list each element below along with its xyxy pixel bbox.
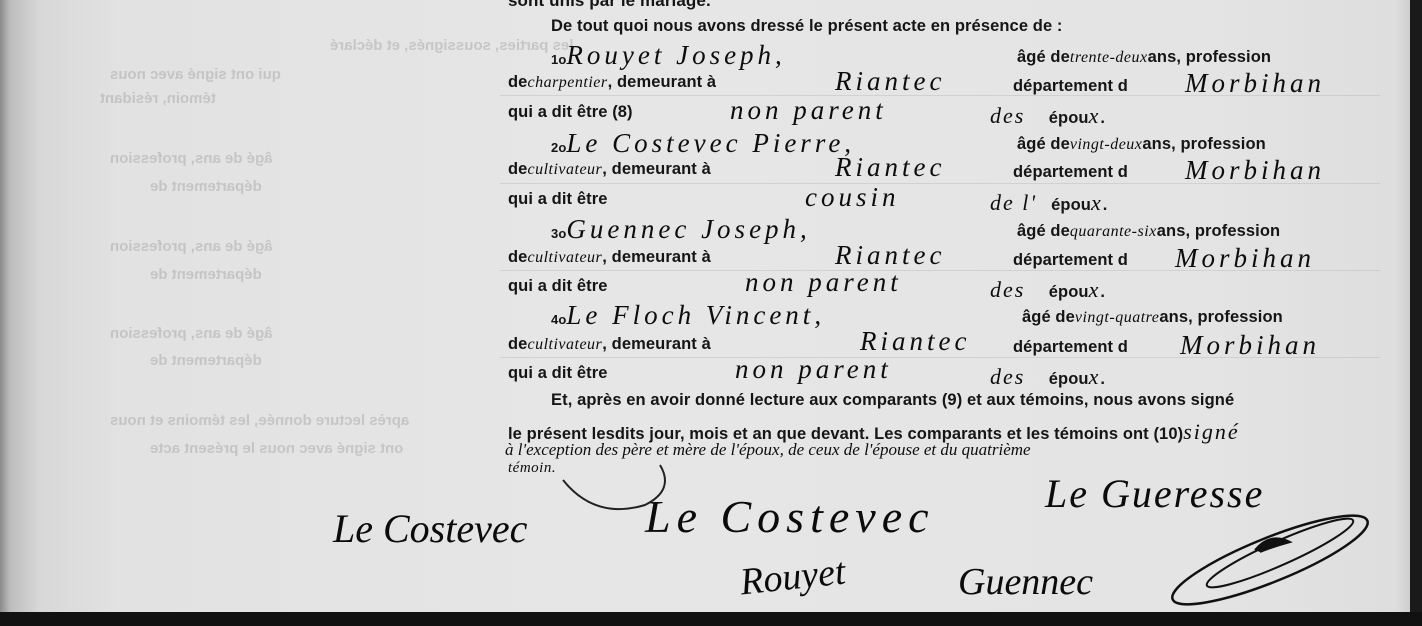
- witness-4-profession-line: decultivateur, demeurant à: [508, 335, 711, 354]
- witness-1-residence: Riantec: [835, 66, 945, 97]
- bleed-through-text: département de: [150, 178, 262, 195]
- witness-4-relation-line: qui a dit être: [508, 364, 608, 383]
- witness-3-age-line: âgé dequarante-sixans, profession: [1017, 222, 1280, 241]
- witness-1-profession-line: decharpentier, demeurant à: [508, 73, 716, 92]
- witness-4-age: vingt-quatre: [1075, 309, 1160, 326]
- bleed-through-text: les parties, soussignés, et déclaré: [330, 37, 573, 54]
- witness-2-relation: cousin: [805, 182, 900, 213]
- witness-4-profession: cultivateur: [527, 336, 602, 353]
- bleed-through-text: après lecture donnée, les témoins et nou…: [110, 412, 409, 429]
- witness-4-department-label: département d: [1013, 338, 1128, 357]
- bleed-through-text: âgé de ans, profession: [110, 150, 273, 167]
- witness-4-residence: Riantec: [860, 326, 970, 357]
- bleed-through-text: ont signé avec nous le présent acte: [150, 440, 403, 457]
- witness-2-relation-line: qui a dit être: [508, 190, 608, 209]
- witness-2-age: vingt-deux: [1070, 136, 1143, 153]
- witness-3-relation: non parent: [745, 267, 902, 298]
- witness-1-name: Rouyet Joseph,: [566, 40, 785, 70]
- witness-1-age: trente-deux: [1070, 49, 1148, 66]
- witness-2-name-line: 2oLe Costevec Pierre,: [551, 128, 855, 159]
- bleed-through-text: département de: [150, 266, 262, 283]
- witness-3-profession-line: decultivateur, demeurant à: [508, 248, 711, 267]
- witness-4-age-line: âgé devingt-quatreans, profession: [1022, 308, 1283, 327]
- witness-3-name: Guennec Joseph,: [566, 214, 810, 244]
- bleed-through-text: âgé de ans, profession: [110, 238, 273, 255]
- witness-4-name-line: 4oLe Floch Vincent,: [551, 300, 825, 331]
- witness-1-department: Morbihan: [1185, 68, 1325, 99]
- witness-2-department: Morbihan: [1185, 155, 1325, 186]
- witness-1-relation-line: qui a dit être des(8): [508, 103, 633, 122]
- header-fragment: sont unis par le mariage.: [508, 0, 711, 11]
- signature-flourish-icon: [1160, 505, 1380, 615]
- bleed-through-text: âgé de ans, profession: [110, 325, 273, 342]
- witness-3-department-label: département d: [1013, 251, 1128, 270]
- witness-2-name: Le Costevec Pierre,: [566, 128, 855, 158]
- closing-handwritten-exception: à l'exception des père et mère de l'épou…: [505, 440, 1031, 460]
- witness-2-profession: cultivateur: [527, 161, 602, 178]
- witness-4-department: Morbihan: [1180, 330, 1320, 361]
- closing-handwritten-temoin: témoin.: [508, 460, 556, 477]
- witness-3-department: Morbihan: [1175, 243, 1315, 274]
- witness-1-name-line: 1oRouyet Joseph,: [551, 40, 786, 71]
- witness-1-epoux: des époux.: [990, 103, 1105, 129]
- witness-4-relation: non parent: [735, 354, 892, 385]
- signature-le-costevec-2: Le Costevec: [645, 490, 935, 543]
- witness-1-age-line: âgé detrente-deuxans, profession: [1017, 48, 1271, 67]
- witness-3-age: quarante-six: [1070, 223, 1157, 240]
- bleed-through-text: qui ont signé avec nous: [110, 66, 281, 83]
- witness-3-profession: cultivateur: [527, 249, 602, 266]
- witness-4-name: Le Floch Vincent,: [566, 300, 825, 330]
- bleed-through-text: témoin, résidant: [100, 90, 216, 107]
- witness-3-epoux: des époux.: [990, 277, 1105, 303]
- intro-text: De tout quoi nous avons dressé le présen…: [551, 17, 1063, 36]
- witness-1-profession: charpentier: [527, 74, 607, 91]
- signature-guennec: Guennec: [958, 560, 1093, 604]
- page-right-border: [1410, 0, 1422, 626]
- witness-2-age-line: âgé devingt-deuxans, profession: [1017, 135, 1266, 154]
- witness-2-epoux: de l' époux.: [990, 190, 1107, 216]
- signature-loop-icon: [555, 460, 675, 540]
- witness-2-profession-line: decultivateur, demeurant à: [508, 160, 711, 179]
- document-page: les parties, soussignés, et déclaré qui …: [0, 0, 1410, 612]
- closing-handwritten-signe: signé: [1183, 419, 1239, 444]
- bleed-through-text: département de: [150, 352, 262, 369]
- witness-3-relation-line: qui a dit être: [508, 277, 608, 296]
- witness-1-department-label: département d: [1013, 77, 1128, 96]
- witness-3-name-line: 3oGuennec Joseph,: [551, 214, 811, 245]
- signature-le-costevec-1: Le Costevec: [333, 505, 527, 552]
- witness-1-relation: non parent: [730, 95, 887, 126]
- signature-rouyet: Rouyet: [738, 550, 848, 605]
- witness-2-residence: Riantec: [835, 152, 945, 183]
- closing-line-1: Et, après en avoir donné lecture aux com…: [551, 391, 1234, 410]
- witness-4-epoux: des époux.: [990, 364, 1105, 390]
- witness-2-department-label: département d: [1013, 163, 1128, 182]
- page-bottom-border: [0, 612, 1422, 626]
